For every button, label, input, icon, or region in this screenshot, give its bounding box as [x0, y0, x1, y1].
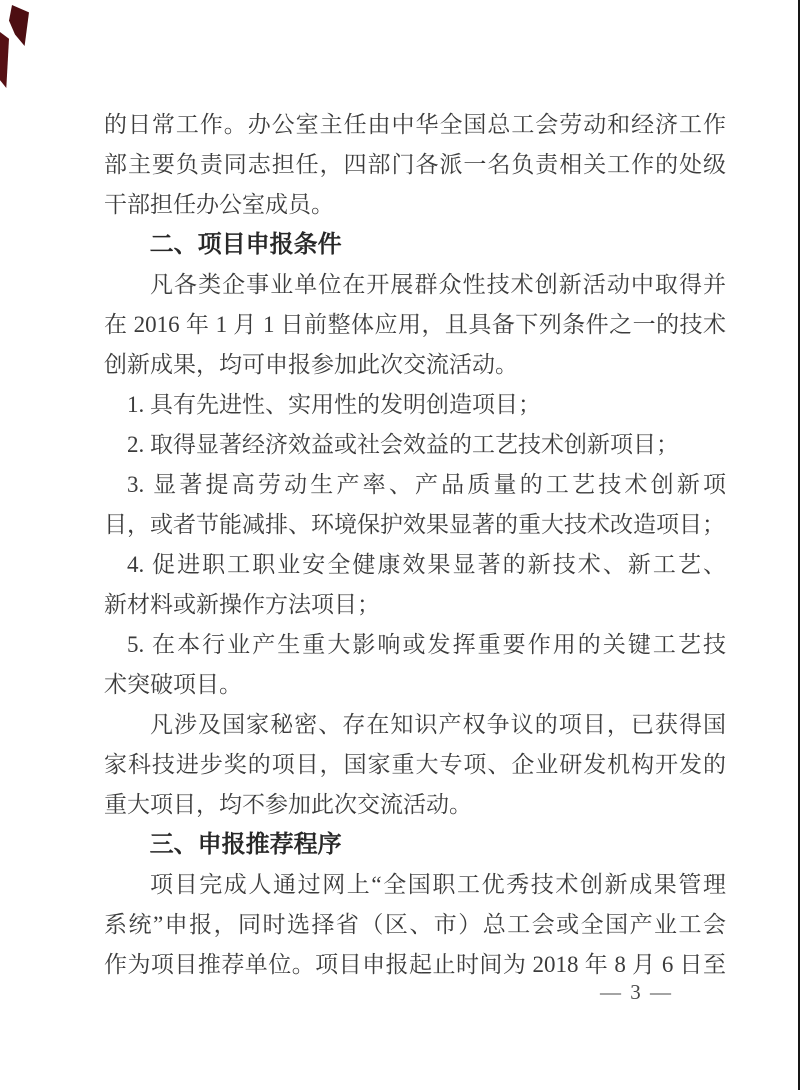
doc-line: 目，或者节能减排、环境保护效果显著的重大技术改造项目；	[104, 505, 726, 545]
doc-line: 系统”申报，同时选择省（区、市）总工会或全国产业工会	[104, 905, 726, 945]
doc-line: 的日常工作。办公室主任由中华全国总工会劳动和经济工作	[104, 105, 726, 145]
doc-line: 作为项目推荐单位。项目申报起止时间为 2018 年 8 月 6 日至	[104, 945, 726, 985]
doc-list-item-1: 1. 具有先进性、实用性的发明创造项目；	[104, 385, 726, 425]
doc-list-item-4: 4. 促进职工职业安全健康效果显著的新技术、新工艺、	[104, 545, 726, 585]
doc-line: 创新成果，均可申报参加此次交流活动。	[104, 345, 726, 385]
doc-list-item-2: 2. 取得显著经济效益或社会效益的工艺技术创新项目；	[104, 425, 726, 465]
document-body: 的日常工作。办公室主任由中华全国总工会劳动和经济工作 部主要负责同志担任，四部门…	[104, 105, 726, 985]
doc-line: 凡各类企事业单位在开展群众性技术创新活动中取得并	[104, 265, 726, 305]
doc-line: 在 2016 年 1 月 1 日前整体应用，且具备下列条件之一的技术	[104, 305, 726, 345]
doc-line: 凡涉及国家秘密、存在知识产权争议的项目，已获得国	[104, 705, 726, 745]
doc-line: 新材料或新操作方法项目；	[104, 585, 726, 625]
scan-artifact-mark	[9, 5, 29, 46]
document-page: 的日常工作。办公室主任由中华全国总工会劳动和经济工作 部主要负责同志担任，四部门…	[0, 0, 800, 1090]
scan-artifact-mark	[0, 32, 9, 88]
doc-line: 术突破项目。	[104, 665, 726, 705]
page-number: — 3 —	[600, 980, 673, 1005]
doc-list-item-3: 3. 显著提高劳动生产率、产品质量的工艺技术创新项	[104, 465, 726, 505]
doc-line: 项目完成人通过网上“全国职工优秀技术创新成果管理	[104, 865, 726, 905]
section-heading-3: 三、申报推荐程序	[104, 825, 726, 865]
doc-line: 干部担任办公室成员。	[104, 185, 726, 225]
section-heading-2: 二、项目申报条件	[104, 225, 726, 265]
doc-line: 家科技进步奖的项目，国家重大专项、企业研发机构开发的	[104, 745, 726, 785]
doc-line: 重大项目，均不参加此次交流活动。	[104, 785, 726, 825]
doc-line: 部主要负责同志担任，四部门各派一名负责相关工作的处级	[104, 145, 726, 185]
doc-list-item-5: 5. 在本行业产生重大影响或发挥重要作用的关键工艺技	[104, 625, 726, 665]
